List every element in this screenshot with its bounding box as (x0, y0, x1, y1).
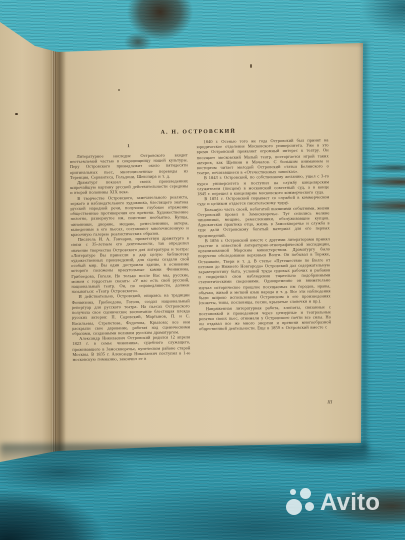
page-number: III (200, 400, 332, 407)
paragraph: Писатель И. А. Гончаров, приветствуя дра… (71, 236, 190, 295)
logo-circle (290, 489, 296, 495)
paragraph: И действительно, Островский, опираясь на… (72, 293, 191, 336)
paragraph: Большую часть своей, небогатой внешними … (197, 205, 329, 238)
section-number: 1 (70, 142, 188, 149)
text-column-right: 1840 г. Осенью того же года Островский б… (196, 137, 331, 331)
paragraph: В творчестве Островского, замечательного… (70, 194, 189, 237)
page-title: А. Н. ОСТРОВСКИЙ (69, 127, 327, 137)
dust-speck (15, 113, 18, 115)
paragraph: Драматург показал в своих произведениях … (70, 178, 188, 195)
logo-circle (300, 488, 311, 499)
book-shadow (0, 444, 368, 464)
avito-logo-icon (286, 486, 316, 520)
dust-speck (118, 89, 120, 91)
logo-circle (305, 502, 314, 511)
paragraph: В 1856 г. Островский вместе с другими ли… (198, 236, 331, 305)
logo-circle (286, 499, 302, 515)
dust-speck (250, 64, 252, 68)
paragraph: Напряженная литературная работа, хлопоты… (199, 304, 331, 332)
page-content: А. Н. ОСТРОВСКИЙ 1 Литературное наследие… (53, 40, 367, 456)
paragraph: Литературное наследие Островского входит… (70, 152, 188, 180)
book-edge-shadow (362, 42, 369, 448)
photo-background: А. Н. ОСТРОВСКИЙ 1 Литературное наследие… (0, 0, 405, 540)
book-page: А. Н. ОСТРОВСКИЙ 1 Литературное наследие… (56, 42, 364, 454)
book-gutter-shadow (50, 22, 66, 452)
avito-brand-text: Avito (320, 486, 380, 520)
paragraph: 1840 г. Осенью того же года Островский б… (196, 137, 328, 175)
paragraph: Александр Николаевич Островский родился … (72, 334, 190, 362)
paragraph: В 1843 г. Островский, по собственному же… (197, 174, 329, 197)
text-column-left: Литературное наследие Островского входит… (70, 152, 191, 362)
avito-watermark: Avito (286, 486, 380, 520)
